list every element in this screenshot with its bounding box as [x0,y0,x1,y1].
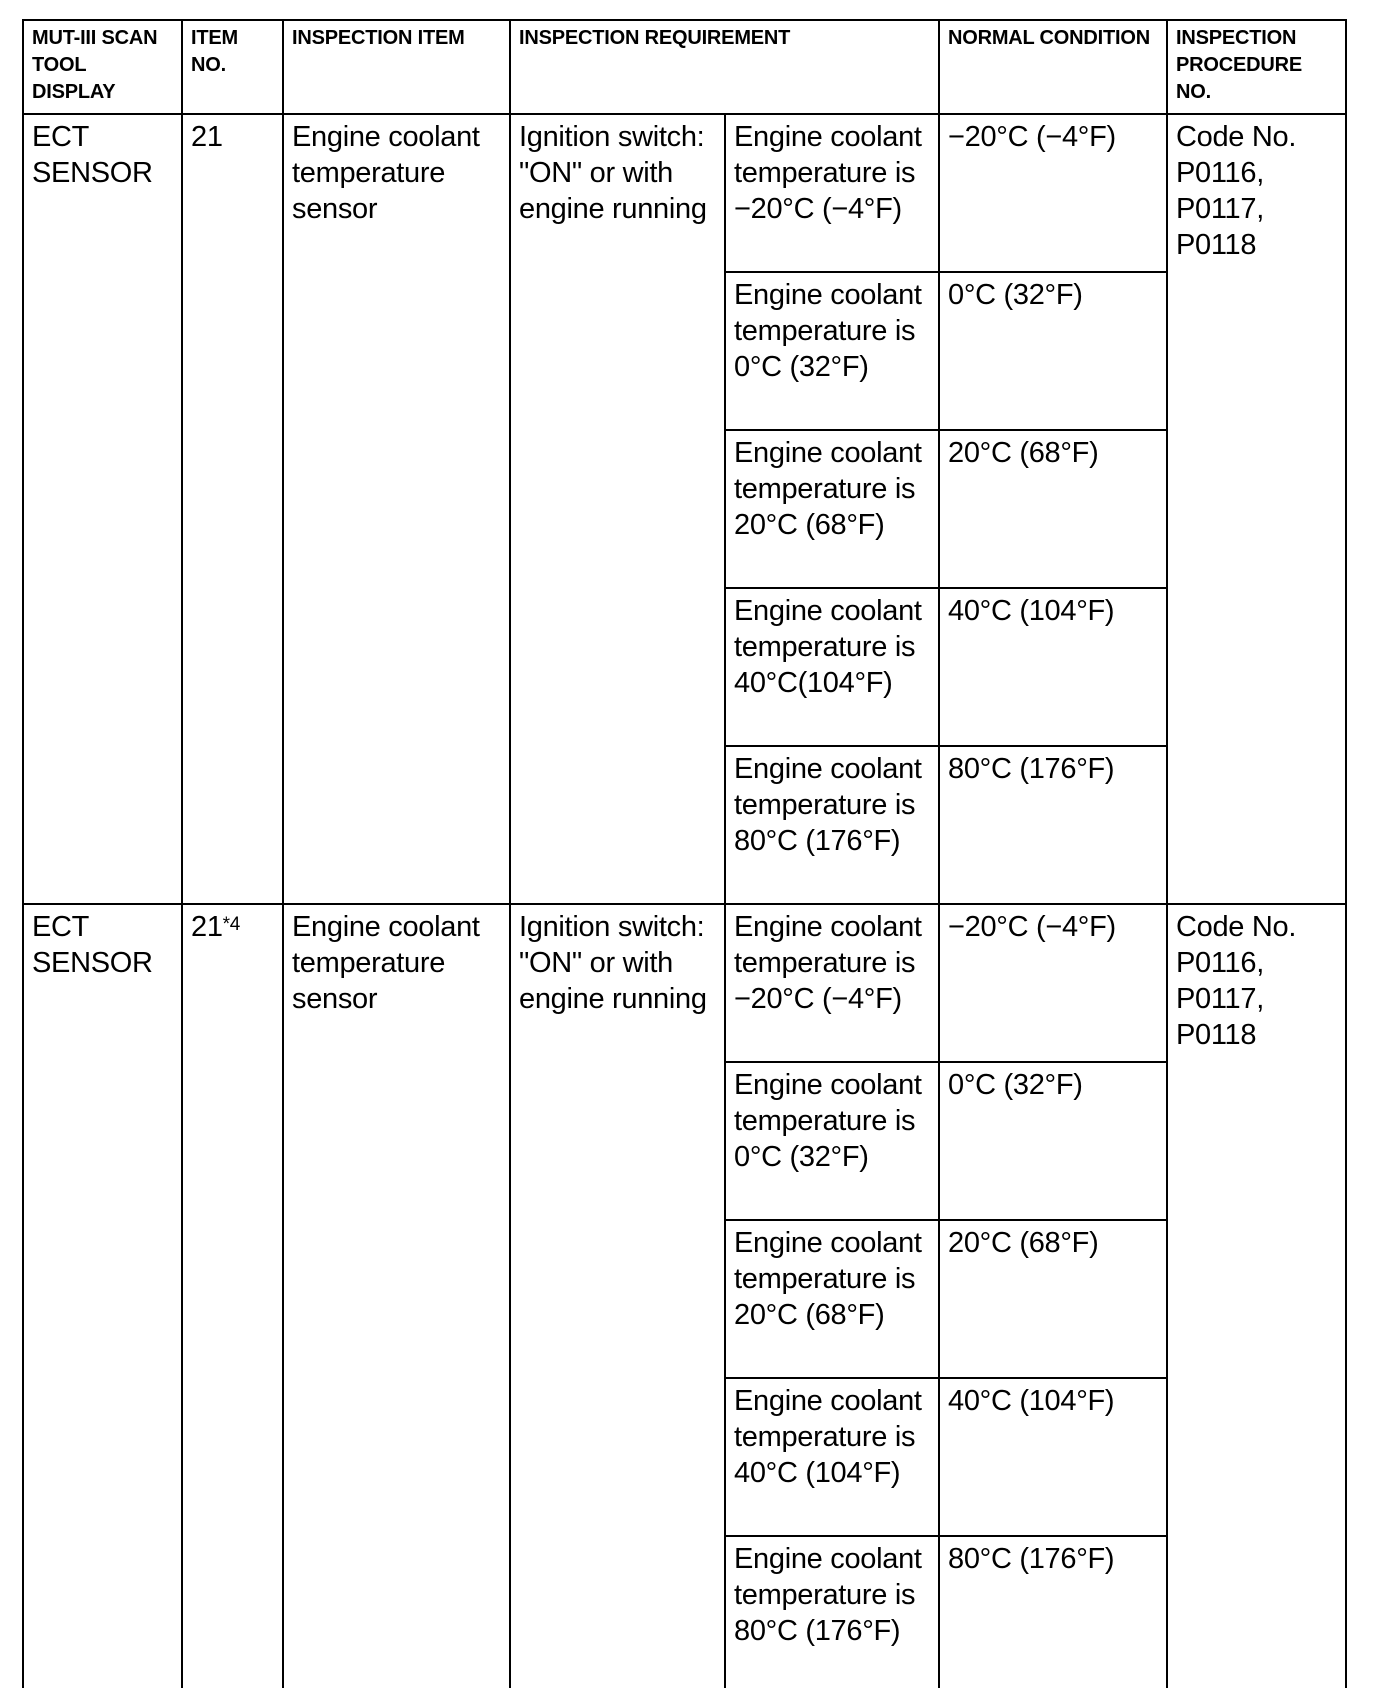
inspection-requirement-cell: Ignition switch: "ON" or with engine run… [510,904,725,1688]
item-no-footnote: *4 [223,914,240,935]
header-display: MUT-III SCAN TOOL DISPLAY [23,20,182,114]
condition-requirement-cell: Engine coolant temperature is −20°C (−4°… [725,114,939,272]
inspection-item-cell: Engine coolant temperature sensor [283,114,510,904]
normal-condition-cell: 20°C (68°F) [939,1220,1167,1378]
item-no-cell: 21*4 [182,904,283,1688]
normal-condition-cell: 0°C (32°F) [939,272,1167,430]
condition-requirement-cell: Engine coolant temperature is 40°C(104°F… [725,588,939,746]
procedure-no-cell: Code No. P0116, P0117, P0118 [1167,114,1346,904]
normal-condition-cell: 40°C (104°F) [939,588,1167,746]
header-item-no: ITEM NO. [182,20,283,114]
header-normal-condition: NORMAL CONDITION [939,20,1167,114]
scan-tool-display-cell: ECT SENSOR [23,114,182,904]
normal-condition-cell: 80°C (176°F) [939,1536,1167,1688]
condition-requirement-cell: Engine coolant temperature is 0°C (32°F) [725,1062,939,1220]
item-no-cell: 21 [182,114,283,904]
header-procedure-no: INSPECTION PROCEDURE NO. [1167,20,1346,114]
table-row: ECT SENSOR21Engine coolant temperature s… [23,114,1346,272]
header-inspection-item: INSPECTION ITEM [283,20,510,114]
condition-requirement-cell: Engine coolant temperature is 80°C (176°… [725,746,939,904]
table-row: ECT SENSOR21*4Engine coolant temperature… [23,904,1346,1062]
condition-requirement-cell: Engine coolant temperature is 80°C (176°… [725,1536,939,1688]
scan-tool-display-cell: ECT SENSOR [23,904,182,1688]
inspection-requirement-cell: Ignition switch: "ON" or with engine run… [510,114,725,904]
normal-condition-cell: 20°C (68°F) [939,430,1167,588]
condition-requirement-cell: Engine coolant temperature is 20°C (68°F… [725,430,939,588]
header-row: MUT-III SCAN TOOL DISPLAY ITEM NO. INSPE… [23,20,1346,114]
normal-condition-cell: 0°C (32°F) [939,1062,1167,1220]
normal-condition-cell: 40°C (104°F) [939,1378,1167,1536]
header-inspection-requirement: INSPECTION REQUIREMENT [510,20,939,114]
condition-requirement-cell: Engine coolant temperature is 20°C (68°F… [725,1220,939,1378]
normal-condition-cell: −20°C (−4°F) [939,904,1167,1062]
item-no-value: 21 [191,121,223,153]
condition-requirement-cell: Engine coolant temperature is 40°C (104°… [725,1378,939,1536]
inspection-table: MUT-III SCAN TOOL DISPLAY ITEM NO. INSPE… [22,19,1347,1688]
procedure-no-cell: Code No. P0116, P0117, P0118 [1167,904,1346,1688]
inspection-item-cell: Engine coolant temperature sensor [283,904,510,1688]
item-no-value: 21 [191,911,223,943]
normal-condition-cell: −20°C (−4°F) [939,114,1167,272]
condition-requirement-cell: Engine coolant temperature is −20°C (−4°… [725,904,939,1062]
normal-condition-cell: 80°C (176°F) [939,746,1167,904]
condition-requirement-cell: Engine coolant temperature is 0°C (32°F) [725,272,939,430]
